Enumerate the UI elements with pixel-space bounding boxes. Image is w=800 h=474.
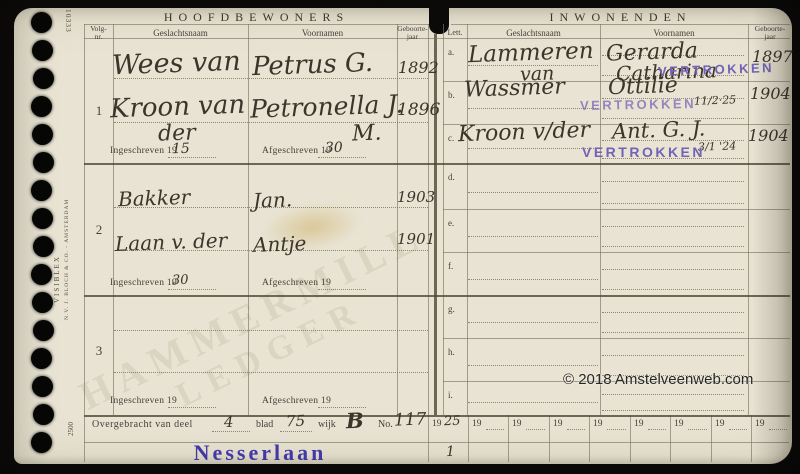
grid-line <box>748 24 749 415</box>
dotted-line <box>526 429 545 430</box>
dotted-line <box>602 312 744 313</box>
dotted-line <box>607 429 626 430</box>
entry-firstnames-overflow: M. <box>352 120 382 146</box>
year-cell-prefix: 19 <box>715 419 725 429</box>
row-letter: e. <box>448 218 454 228</box>
transfer-label-wijk: wijk <box>318 419 336 430</box>
entry-year: 1903 <box>397 188 435 206</box>
ingeschreven-label: Ingeschreven 19 <box>110 146 177 156</box>
dotted-line <box>486 429 504 430</box>
year-cell-prefix: 19 <box>674 419 684 429</box>
transfer-value-no: 117 <box>394 409 427 430</box>
dotted-line <box>602 289 744 290</box>
dotted-line <box>602 410 744 411</box>
transfer-label-deel: Overgebracht van deel <box>92 419 193 430</box>
dotted-line <box>114 330 428 331</box>
dotted-line <box>468 148 598 149</box>
punch-hole <box>31 180 52 201</box>
grid-line <box>84 24 85 462</box>
dotted-line <box>212 431 250 432</box>
dotted-line <box>468 365 598 366</box>
entry-year: 1896 <box>397 100 440 120</box>
grid-line <box>397 24 398 415</box>
ingeschreven-label: Ingeschreven 19 <box>110 278 177 288</box>
grid-line <box>468 415 469 462</box>
column-header-birthyear-right: Geboorte- jaar <box>749 25 791 40</box>
grid-line <box>670 415 671 462</box>
row-letter: d. <box>448 172 455 182</box>
punch-hole <box>32 292 53 313</box>
grid-line <box>600 24 601 415</box>
transfer-value-deel: 4 <box>224 413 234 431</box>
stationery-number-bottom: 2500 <box>67 396 75 436</box>
column-header-surname-left: Geslachtsnaam <box>114 28 247 38</box>
year-cell-prefix: 19 <box>634 419 644 429</box>
entry-firstnames: Petrus G. <box>252 48 374 82</box>
punch-hole <box>31 432 52 453</box>
grid-line <box>751 415 752 462</box>
ingeschreven-value: 15 <box>172 141 190 158</box>
column-header-volgnr: Volg- nr. <box>85 25 112 40</box>
year-cell-prefix: 19 <box>432 419 442 429</box>
grid-line <box>711 415 712 462</box>
brand-company-vertical: N.V. J. BLOCH & CO. - AMSTERDAM <box>64 160 70 320</box>
row-letter: h. <box>448 347 455 357</box>
dotted-line <box>602 203 744 204</box>
afgeschreven-label: Afgeschreven 19 <box>262 396 331 406</box>
year-cell-prefix: 19 <box>472 419 482 429</box>
grid-line <box>508 415 509 462</box>
punch-hole <box>33 404 54 425</box>
transfer-label-blad: blad <box>256 419 273 430</box>
block-number: 1 <box>90 103 108 119</box>
row-letter: c. <box>448 133 454 143</box>
grid-line <box>248 24 249 415</box>
block-divider <box>84 163 790 165</box>
dotted-line <box>468 192 598 193</box>
vertrokken-stamp: VERTROKKEN <box>582 144 705 160</box>
dotted-line <box>567 429 585 430</box>
grid-line <box>443 209 790 210</box>
year-cell-prefix: 19 <box>593 419 603 429</box>
dotted-line <box>729 429 747 430</box>
year-cell-note: 1 <box>446 444 455 460</box>
transfer-label-no: No. <box>378 419 393 430</box>
grid-line <box>443 252 790 253</box>
entry-year: 1904 <box>748 126 789 145</box>
grid-line <box>630 415 631 462</box>
right-section-title: INWONENDEN <box>451 10 790 25</box>
year-cell-value: 25 <box>444 414 461 430</box>
grid-line <box>443 338 790 339</box>
entry-firstnames: Antje <box>253 231 307 257</box>
year-cell-prefix: 19 <box>755 419 765 429</box>
ingeschreven-label: Ingeschreven 19 <box>110 396 177 406</box>
punch-hole <box>32 208 53 229</box>
grid-line <box>443 24 444 415</box>
column-header-birthyear-left-line2: jaar <box>397 33 428 41</box>
block-divider <box>84 415 790 417</box>
column-header-volgnr-line2: nr. <box>85 33 112 41</box>
punch-hole <box>31 348 52 369</box>
column-header-birthyear-right-line2: jaar <box>749 33 791 41</box>
entry-firstnames: Ant. G. J. <box>612 116 706 143</box>
dotted-line <box>648 429 666 430</box>
entry-surname: Wassmer <box>464 74 566 103</box>
entry-firstnames: Jan. <box>253 187 293 212</box>
dotted-line <box>468 236 598 237</box>
punch-hole <box>31 12 52 33</box>
dotted-line <box>688 429 707 430</box>
dotted-line <box>468 108 598 109</box>
afgeschreven-label: Afgeschreven 19 <box>262 146 331 156</box>
row-letter: b. <box>448 90 455 100</box>
dotted-line <box>602 269 744 270</box>
block-number: 2 <box>90 222 108 238</box>
row-letter: i. <box>448 390 453 400</box>
archive-card-photo: HAMMERMILL LEDGER <box>0 0 800 474</box>
column-header-firstnames-left: Voornamen <box>249 28 396 38</box>
dotted-line <box>602 332 744 333</box>
dotted-line <box>602 355 744 356</box>
entry-date: 11/2·25 <box>694 93 737 107</box>
entry-year: 1892 <box>398 58 439 77</box>
punch-hole <box>32 376 53 397</box>
punch-hole <box>32 124 53 145</box>
block-number: 3 <box>90 343 108 359</box>
row-letter: f. <box>448 261 453 271</box>
row-letter: a. <box>448 47 454 57</box>
stationery-number-top: 10333 <box>64 9 73 49</box>
dotted-line <box>602 246 744 247</box>
dotted-line <box>114 372 428 373</box>
transfer-value-wijk: B <box>346 408 365 434</box>
dotted-line <box>168 289 216 290</box>
column-header-birthyear-left: Geboorte- jaar <box>397 25 428 40</box>
entry-surname: Kroon van <box>110 90 246 125</box>
street-stamp: Nesserlaan <box>185 440 335 466</box>
entry-surname: Kroon v/der <box>458 118 591 148</box>
entry-year: 1901 <box>397 230 435 248</box>
entry-year: 1904 <box>750 84 791 103</box>
entry-firstnames: Petronella J. <box>250 89 404 123</box>
dotted-line <box>602 181 744 182</box>
column-header-surname-right: Geslachtsnaam <box>468 28 599 38</box>
dotted-line <box>168 407 216 408</box>
dotted-line <box>318 157 366 158</box>
punch-hole <box>31 264 52 285</box>
grid-line <box>113 24 114 415</box>
column-header-firstnames-right: Voornamen <box>601 28 747 38</box>
entry-surname: Bakker <box>118 185 191 212</box>
copyright-overlay: © 2018 Amstelveenweb.com <box>563 371 753 388</box>
punch-hole <box>33 320 54 341</box>
row-letter: g. <box>448 304 455 314</box>
column-header-letter: Lett. <box>443 28 467 37</box>
afgeschreven-label: Afgeschreven 19 <box>262 278 331 288</box>
ingeschreven-value: 30 <box>172 273 189 289</box>
punch-hole <box>33 236 54 257</box>
dotted-line <box>468 402 598 403</box>
grid-line <box>589 415 590 462</box>
punch-hole <box>32 40 53 61</box>
block-divider <box>84 295 790 297</box>
dotted-line <box>468 322 598 323</box>
section-divider <box>434 34 437 415</box>
punch-hole <box>33 68 54 89</box>
year-cell-prefix: 19 <box>553 419 563 429</box>
year-cell-prefix: 19 <box>512 419 522 429</box>
dotted-line <box>602 226 744 227</box>
entry-surname: Laan v. der <box>115 228 228 256</box>
dotted-line <box>769 429 787 430</box>
dotted-line <box>318 289 366 290</box>
dotted-line <box>280 431 312 432</box>
dotted-line <box>468 279 598 280</box>
punch-hole <box>31 96 52 117</box>
dotted-line <box>602 394 744 395</box>
punch-hole <box>33 152 54 173</box>
entry-surname: Wees van <box>111 46 241 81</box>
grid-line <box>549 415 550 462</box>
vertrokken-stamp: VERTROKKEN <box>580 96 696 113</box>
left-section-title: HOOFDBEWONERS <box>84 10 429 25</box>
transfer-value-blad: 75 <box>286 412 306 431</box>
brand-name-vertical: VISIBLEX <box>53 178 61 303</box>
afgeschreven-value: 30 <box>325 140 343 157</box>
